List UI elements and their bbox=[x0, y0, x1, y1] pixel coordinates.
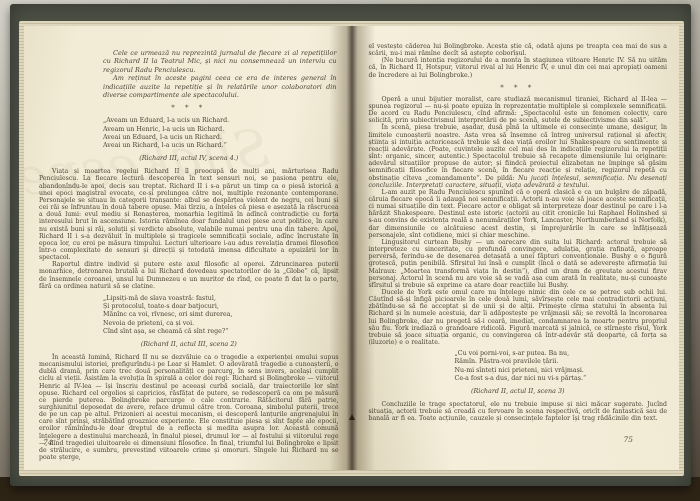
book-photo: Shakespeare Cele ce urmează nu reprezint… bbox=[0, 0, 700, 501]
verse-line: „Aveam un Eduard, l-a ucis un Richard. bbox=[103, 117, 339, 125]
epigraph-paragraph: Cele ce urmează nu reprezintă jurnalul d… bbox=[103, 49, 337, 74]
verse-line: Aveai un Eduard, l-a ucis un Richard. bbox=[103, 134, 339, 142]
paragraph: Concluziile le trage spectatorul, ele nu… bbox=[369, 401, 668, 422]
verse-quote: „Cu voi porni-voi, s-ar putea. Ba nu, Ră… bbox=[455, 350, 668, 383]
paragraph: L-am auzit pe Radu Penciulescu spunînd c… bbox=[369, 189, 668, 239]
paragraph-text: În scenă, piesa trebuie, așadar, dusă pî… bbox=[369, 124, 668, 181]
citation: (Richard II, actul III, scena 2) bbox=[39, 340, 339, 348]
paragraph: Raportul dintre individ și putere este a… bbox=[39, 261, 339, 290]
verse-quote: „Lipsiți-mă de slava voastră: fastul, Și… bbox=[103, 295, 339, 336]
verse-line: Și protocolul, toate-s doar batjocuri, bbox=[103, 303, 339, 311]
verse-line: Mănînc ca voi, rîvnesc, ori simt durerea… bbox=[103, 311, 339, 319]
paragraph: Operă a unui bijutier moralist, care stu… bbox=[369, 96, 668, 125]
paragraph: (Ne bucură intenția regizorului de a mon… bbox=[369, 57, 668, 78]
page-number: 75 bbox=[623, 435, 633, 444]
citation: (Richard II, actul II, scena 3) bbox=[369, 387, 668, 395]
asterisk-separator: * * * bbox=[369, 84, 668, 92]
verse-line: Nevoia de prieteni, ca și voi. bbox=[103, 320, 339, 328]
paragraph: Lingușitorul curtean Bushy — un oarecare… bbox=[369, 239, 668, 289]
verse-line: Aveai un Richard, l-a ucis un Richard.“ bbox=[103, 142, 339, 150]
binding-thread-mark bbox=[349, 414, 355, 420]
verse-quote: „Aveam un Eduard, l-a ucis un Richard. A… bbox=[103, 117, 339, 150]
verse-line: Rămîn. Păstra-voi pravilele țării. bbox=[455, 358, 668, 366]
verse-line: „Cu voi porni-voi, s-ar putea. Ba nu, bbox=[455, 350, 668, 358]
citation: (Richard III, actul IV, scena 4.) bbox=[39, 154, 339, 162]
paragraph: el vestește căderea lui Bolingbroke. Ace… bbox=[369, 43, 668, 57]
page-right-content: el vestește căderea lui Bolingbroke. Ace… bbox=[352, 26, 680, 470]
open-book-spread: Shakespeare Cele ce urmează nu reprezint… bbox=[24, 26, 679, 470]
paragraph: În această lumină, Richard II nu se dezv… bbox=[39, 354, 339, 461]
page-right: el vestește căderea lui Bolingbroke. Ace… bbox=[352, 26, 680, 470]
paragraph: În scenă, piesa trebuie, așadar, dusă pî… bbox=[369, 124, 668, 188]
verse-line: Aveam un Henric, l-a ucis un Richard. bbox=[103, 126, 339, 134]
paragraph: Ducele de York este omul care nu înțeleg… bbox=[369, 289, 668, 346]
page-number: 74 bbox=[43, 438, 53, 447]
page-left-content: Cele ce urmează nu reprezintă jurnalul d… bbox=[24, 26, 352, 470]
epigraph-block: Cele ce urmează nu reprezintă jurnalul d… bbox=[103, 49, 337, 99]
paragraph: Viața și moartea regelui Richard II îl p… bbox=[39, 168, 339, 261]
verse-line: Ce-a fost s-a dus, dar nici nu vi-s părt… bbox=[455, 375, 668, 383]
page-left: Shakespeare Cele ce urmează nu reprezint… bbox=[24, 26, 352, 470]
verse-line: Nu-mi sînteți nici prieteni, nici vrăjma… bbox=[455, 367, 668, 375]
verse-line: „Lipsiți-mă de slava voastră: fastul, bbox=[103, 295, 339, 303]
asterisk-separator: * * * bbox=[39, 104, 339, 112]
verse-line: Cînd sînt așa, se cheamă că sînt rege?“ bbox=[103, 328, 339, 336]
epigraph-paragraph: Am reținut în aceste pagini ceea ce era … bbox=[103, 74, 337, 99]
